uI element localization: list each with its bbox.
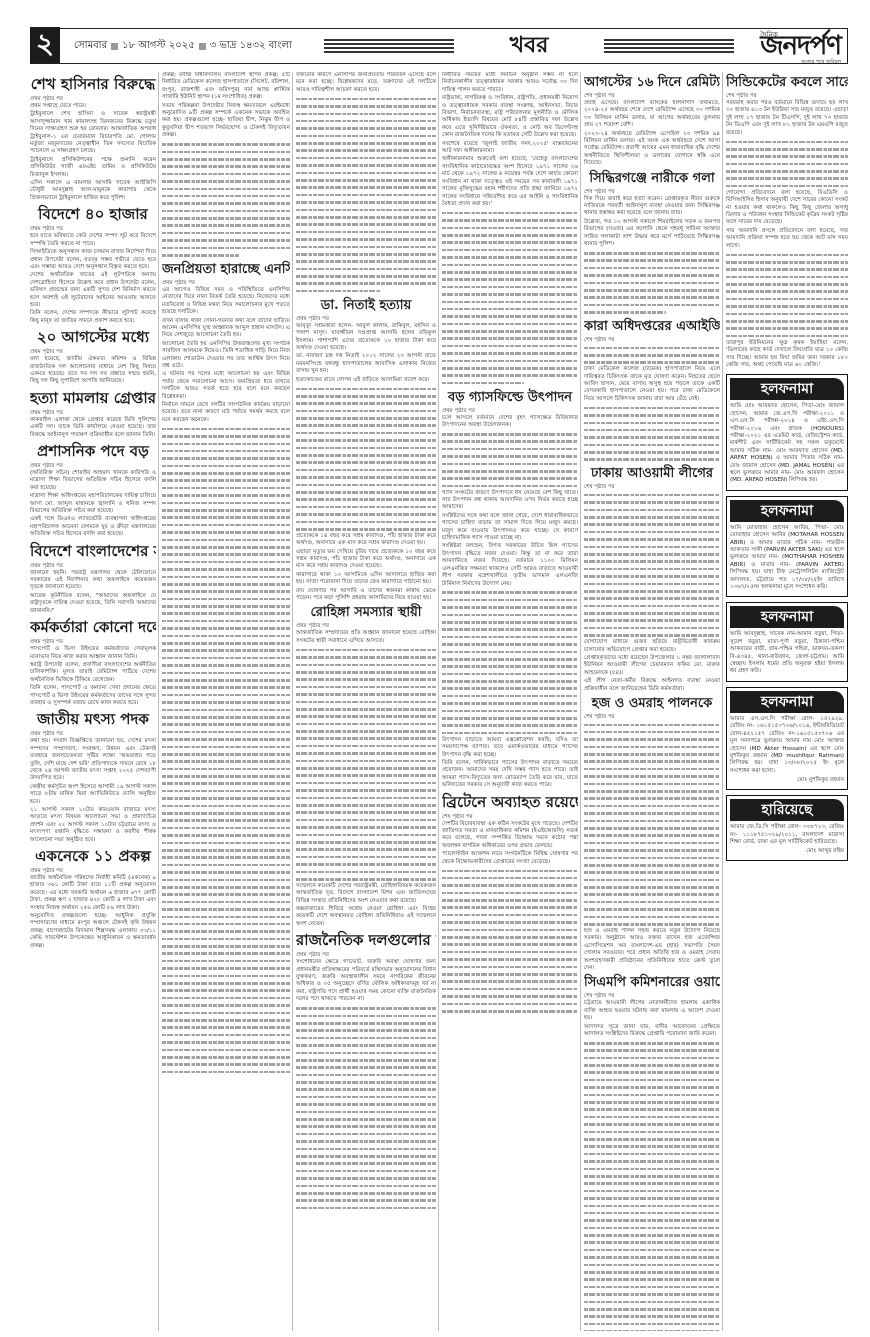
notice-affidavit-2: হলফনামা আমি মোতাহার হোসেন আবির, পিতা- মো… bbox=[726, 496, 848, 598]
paragraph: মাদ্রাসা শিক্ষা অধিদপ্তরের মহাপরিচালকের … bbox=[30, 493, 156, 515]
notice-signature: মোঃ মুশফিকুর রহমান bbox=[727, 776, 847, 785]
article-headline[interactable]: ঢাকায় আওয়ামী লীগের bbox=[584, 466, 720, 482]
paragraph: রায় ঘোষণার পর আসামি ও তাদের স্বজনরা কান… bbox=[296, 588, 436, 603]
article-gasfield: বড় গ্যাসফিল্ডে উৎপাদন প্রথম পৃষ্ঠার পর … bbox=[442, 390, 578, 790]
article-kicker: প্রথম পৃষ্ঠার পর bbox=[30, 96, 156, 103]
article-fertilizer-syndicate: সিন্ডিকেটের কবলে সারের শেষ পৃষ্ঠার পর সর… bbox=[726, 75, 848, 369]
paragraph: প্রথম সপ্তাহে যেতে পারে। bbox=[30, 103, 156, 110]
paragraph: আমার জে.ডি.সি পরীক্ষা রোল- ৩৩৮৭২৩, রেজিঃ… bbox=[730, 824, 844, 846]
article-headline[interactable]: বিদেশে ৪০ হাজার bbox=[30, 205, 156, 224]
article-kicker: প্রথম পৃষ্ঠার পর bbox=[162, 280, 290, 287]
article-body: কাকরাইল এলাকা থেকে গ্রেপ্তার করেছে ডিবি … bbox=[30, 417, 156, 439]
column-divider bbox=[580, 72, 581, 1331]
paragraph: হজ ও ওমরাহ পালন সহজ করতে নতুন উদ্যোগ নিয… bbox=[584, 928, 720, 972]
article-headline[interactable]: হত্যা মামলায় গ্রেপ্তার bbox=[30, 389, 156, 408]
notice-title: হলফনামা bbox=[730, 378, 844, 400]
article-headline[interactable]: হজ ও ওমরাহ পালনকে bbox=[584, 696, 720, 712]
article-headline[interactable]: আগস্টের ১৬ দিনে রেমিট্যান্স bbox=[584, 75, 720, 91]
article-body: চট্টগ্রামে আওয়ামী লীগের নেতাকর্মীদের হা… bbox=[584, 1000, 720, 1331]
notice-affidavit-1: হলফনামা আমি মোঃ আরফাত হোসেন, পিতা-মোঃ জা… bbox=[726, 374, 848, 490]
column-4: নির্ধারিত সময়ের মধ্যে নির্বাচন অনুষ্ঠান… bbox=[442, 72, 578, 1331]
article-jatiyo-motsho: জাতীয় মৎস্য পদক প্রথম পৃষ্ঠার পর কথা হয… bbox=[30, 710, 156, 844]
notice-title: হারিয়েছে bbox=[730, 799, 844, 821]
paragraph: এদিন সকালে এ মামলার আসামি সাবেক আইজিপি চ… bbox=[30, 180, 156, 202]
paragraph: কারাগারে থাকা ১০ আসামিকে এদিন আদালতে হাজ… bbox=[296, 572, 436, 587]
paragraph: সভায় পরিকল্পনা উপদেষ্টার নিজস্ব ক্ষমতাব… bbox=[162, 103, 290, 140]
paragraph: দেশটির বিচারব্যবস্থা এক কঠিন সংকটের মুখে… bbox=[442, 821, 578, 851]
paragraph: চলে আসলে বর্তমানে দেশের বৃহৎ গ্যাসক্ষেত্… bbox=[442, 415, 578, 430]
paragraph: অনুমোদিত প্রকল্পগুলো হচ্ছে- আধুনিক প্রযু… bbox=[30, 913, 156, 950]
article-headline[interactable]: জাতীয় মৎস্য পদক bbox=[30, 710, 156, 729]
article-remittance: আগস্টের ১৬ দিনে রেমিট্যান্স শেষ পৃষ্ঠার … bbox=[584, 75, 720, 168]
paragraph: দিক দিয়ে জবাই করে হত্যা করেন। গ্রেপ্তার… bbox=[584, 196, 720, 218]
paragraph: যোগাযোগ মাধ্যমে গুজব ছড়িয়ে রাষ্ট্রবিরো… bbox=[584, 639, 720, 654]
article-cmp-commissioner: সিএমপি কমিশনারের ওয়ারেন্ট শেষ পৃষ্ঠার প… bbox=[584, 975, 720, 1331]
article-body: সংশোধনের ক্ষেত্রে গণভোট, জরুরি অবস্থা ঘো… bbox=[296, 959, 436, 1211]
paragraph: আদালত সূত্রে জানা যায়, বাদীর আবেদনের প্… bbox=[584, 1024, 720, 1039]
article-body: ঢাকা মেডিকেল কলেজ (ঢামেক) হাসপাতালে নিয়… bbox=[584, 344, 720, 463]
article-ecnec-continued: প্রকল্প; রবীন্দ্র বিশ্ববিদ্যালয় বাংলাদে… bbox=[162, 72, 290, 259]
column-divider bbox=[722, 72, 723, 1331]
article-rohingya: রোহিঙ্গা সমস্যার স্থায়ী প্রথম পৃষ্ঠার প… bbox=[296, 605, 436, 928]
column-5: আগস্টের ১৬ দিনে রেমিট্যান্স শেষ পৃষ্ঠার … bbox=[584, 72, 720, 1331]
paragraph: এ ঘটনার পর দলের মধ্যে আলোচনা হয় এবং বিভ… bbox=[162, 371, 290, 401]
notice-lost: হারিয়েছে আমার জে.ডি.সি পরীক্ষা রোল- ৩৩৮… bbox=[726, 795, 848, 861]
article-body: পাসপোর্ট ও ভিসা উইংয়ের কর্মকর্তাদের সেব… bbox=[30, 646, 156, 707]
column-divider bbox=[158, 72, 159, 1331]
column-divider bbox=[292, 72, 293, 1331]
paragraph: উৎপাদন বাড়াতে আমরা এক্সপ্লোরেশন করছি, য… bbox=[442, 737, 578, 759]
article-kicker: প্রথম পৃষ্ঠার পর bbox=[30, 463, 156, 470]
paragraph: ঢাকা মেডিকেল কলেজ (ঢামেক) হাসপাতালে নিয়… bbox=[584, 366, 720, 403]
notice-body: আমার জে.ডি.সি পরীক্ষা রোল- ৩৩৮৭২৩, রেজিঃ… bbox=[727, 824, 847, 846]
article-20-august: ২০ আগস্টের মধ্যে প্রথম পৃষ্ঠার পর বলা হয… bbox=[30, 328, 156, 386]
notice-title: হলফনামা bbox=[730, 691, 844, 713]
column-1: শেখ হাসিনার বিরুদ্ধে প্রথম পৃষ্ঠার পর প্… bbox=[30, 72, 156, 1331]
column-2: প্রকল্প; রবীন্দ্র বিশ্ববিদ্যালয় বাংলাদে… bbox=[162, 72, 290, 1331]
article-body: আন্তর্জাতিক সম্প্রদায়ের প্রতি আহ্বান জা… bbox=[296, 630, 436, 928]
notice-title: হলফনামা bbox=[730, 500, 844, 522]
paragraph: স্বরাষ্ট্র উপদেষ্টা বলেন, প্রবাসীরা বাংল… bbox=[30, 662, 156, 684]
paragraph: নির্ধারিত সময়ের মধ্যে নির্বাচন অনুষ্ঠান… bbox=[442, 72, 578, 94]
article-kicker: শেষ পৃষ্ঠার পর bbox=[584, 337, 720, 344]
section-title: খবর bbox=[454, 28, 604, 65]
notice-affidavit-3: হলফনামা আমি আবদুল্লাহ, সাবেক নাম-আমান বড… bbox=[726, 602, 848, 681]
paragraph: আমি মোঃ আরফাত হোসেন, পিতা-মোঃ জামাল হোসে… bbox=[730, 403, 844, 484]
paragraph: সার আমদানি প্রসঙ্গে প্রতিবেদনে বলা হয়েছ… bbox=[726, 228, 848, 250]
paragraph: প্রকল্প; রবীন্দ্র বিশ্ববিদ্যালয় বাংলাদে… bbox=[162, 72, 290, 102]
article-headline[interactable]: কারা অধিদপ্তরের এআইজি bbox=[584, 319, 720, 335]
paragraph: আমার এস.এস.সি পরীক্ষা রোল- ১৫২৯২৯, রেজিঃ… bbox=[730, 716, 844, 775]
paragraph: গ্রেপ্তারকৃতদের মধ্যে রয়েছেন উপজেলার ১ … bbox=[584, 655, 720, 677]
article-body: প্রকল্প; রবীন্দ্র বিশ্ববিদ্যালয় বাংলাদে… bbox=[162, 72, 290, 259]
article-body: (অতিরিক্ত সচিব) শোয়াইব আহমাদ খানকে কারি… bbox=[30, 470, 156, 539]
article-body: যোগাযোগ মাধ্যমে গুজব ছড়িয়ে রাষ্ট্রবিরো… bbox=[584, 491, 720, 693]
article-kicker: প্রথম পৃষ্ঠার পর bbox=[30, 563, 156, 570]
article-kicker: প্রথম পৃষ্ঠার পর bbox=[30, 410, 156, 417]
paragraph: সংশ্লিষ্টরা বলছেন, বিগত সরকারের উচিত ছিল… bbox=[442, 543, 578, 587]
paragraph: ২১ আগস্ট সকাল ১০টায় কারওয়ান বাজারে মৎস… bbox=[30, 807, 156, 844]
paragraph: তিনি বলেন, সার্বিকভাবে গ্যাসের উৎপাদন বা… bbox=[442, 760, 578, 790]
paragraph: ডা. নারায়ণ চন্দ্র দত্ত নিতাই ২০১২ সালের… bbox=[296, 353, 436, 375]
article-kicker: শেষ পৃষ্ঠার পর bbox=[584, 484, 720, 491]
article-proshasonik-pode: প্রশাসনিক পদে বড় প্রথম পৃষ্ঠার পর (অতির… bbox=[30, 442, 156, 539]
article-body: দিক দিয়ে জবাই করে হত্যা করেন। গ্রেপ্তার… bbox=[584, 196, 720, 316]
paragraph: অঙ্গীকারনামার শুরুতেই বলা হয়েছে, 'যেহেত… bbox=[442, 156, 578, 208]
paragraph: জানানো হয়নি। পররাষ্ট্র মন্ত্রণালয় থেকে… bbox=[30, 570, 156, 592]
paragraph: দেশের অর্থনৈতিক খাতের এই লুটপাটকে অন্যায… bbox=[30, 272, 156, 309]
logo-tagline: সত্যের পথে অবিচল bbox=[801, 59, 841, 67]
article-body: কথা হয়। সংবাদ বিজ্ঞপ্তিতে জানানো হয়, দ… bbox=[30, 738, 156, 844]
paragraph: গ্যাস সংকটের কারণে উৎপাদনে ধস নেমেছে বেশ… bbox=[442, 490, 578, 512]
article-headline[interactable]: ব্রিটেনে অব্যাহত রয়েছে bbox=[442, 793, 578, 812]
paragraph: বক্তব্যের কারণে এনসিপির জনপ্রিয়তায় পরি… bbox=[296, 72, 436, 94]
paragraph: এই লীগ নেতা-কর্মীর বিরুদ্ধে আইনগত ব্যবস্… bbox=[584, 678, 720, 693]
paragraph: উল্লেখ্য, গত ১৩ আগস্ট সকালে শিমরাইলের সড… bbox=[584, 219, 720, 249]
article-britain: ব্রিটেনে অব্যাহত রয়েছে শেষ পৃষ্ঠার পর দ… bbox=[442, 793, 578, 1015]
paragraph: তারাপুর ইউনিয়নের ক্ষুদ্র কৃষক ইয়াহিয়া… bbox=[726, 340, 848, 370]
paragraph: আমি আবদুল্লাহ, সাবেক নাম-আমান বড়ুয়া, প… bbox=[730, 631, 844, 675]
notice-signature: মোঃ আব্দুর রহিম bbox=[727, 847, 847, 856]
notice-body: আমি মোতাহার হোসেন আবির, পিতা- মোঃ মোতাহা… bbox=[727, 525, 847, 592]
article-headline[interactable]: সিন্ডিকেটের কবলে সারের bbox=[726, 75, 848, 91]
paragraph: নির্বাচন সামনে রেখে দলটির সাংগঠনিক কার্য… bbox=[162, 402, 290, 424]
article-headline[interactable]: কর্মকর্তারা কোনো দলের bbox=[30, 618, 156, 637]
article-hotta-mamlay: হত্যা মামলায় গ্রেপ্তার প্রথম পৃষ্ঠার পর… bbox=[30, 389, 156, 439]
date-english: ১৮ আগস্ট ২০২৫ bbox=[122, 38, 195, 55]
column-6: সিন্ডিকেটের কবলে সারের শেষ পৃষ্ঠার পর সর… bbox=[726, 72, 848, 1331]
paragraph: তিনি বলেন, পাসপোর্ট ও অন্যান্য সেবা প্রদ… bbox=[30, 685, 156, 707]
article-body: বলা হয়েছে, জাতীয় ঐকমত্য কমিশন ও বিভিন্… bbox=[30, 356, 156, 386]
logo-prefix: দৈনিক bbox=[760, 29, 778, 41]
page-number: ২ bbox=[30, 27, 60, 63]
article-headline[interactable]: বিদেশে বাংলাদেশের সব bbox=[30, 542, 156, 561]
paragraph: সংশ্লিষ্টদের সঙ্গে কথা বলে জানা গেছে, দে… bbox=[442, 513, 578, 543]
paragraph: হত্যাকাণ্ডের রাতে গোপন এই বাড়িতে আসামির… bbox=[296, 377, 436, 384]
article-headline[interactable]: ডা. নিতাই হত্যায় bbox=[296, 298, 436, 314]
article-body: চলে আসলে বর্তমানে দেশের বৃহৎ গ্যাসক্ষেত্… bbox=[442, 415, 578, 790]
article-kicker: প্রথম পৃষ্ঠার পর bbox=[30, 868, 156, 875]
article-body: প্রথম সপ্তাহে যেতে পারে। ট্রাইবুনালে শেখ… bbox=[30, 103, 156, 202]
paragraph: প্রত্যেককে ১৪ বছর করে সশ্রম কারাদণ্ড, পা… bbox=[296, 533, 436, 548]
article-ncp-continued: বক্তব্যের কারণে এনসিপির জনপ্রিয়তায় পরি… bbox=[296, 72, 436, 295]
article-kicker: শেষ পৃষ্ঠার পর bbox=[442, 814, 578, 821]
date-bangla: ৩ ভাদ্র ১৪৩২ বাংলা bbox=[210, 38, 292, 55]
paragraph: আরেক কূটনীতিক বলেন, "আমাদের অফলাইনে যে র… bbox=[30, 593, 156, 615]
paragraph: আমৃত্যু সশ্রমকারা হলেন- আবুল কালাম, রাকি… bbox=[296, 323, 436, 353]
paragraph: তিনি বলেন, দেশের সম্পদকে কীভাবে লুটপাট ক… bbox=[30, 310, 156, 325]
article-headline[interactable]: রাজনৈতিক দলগুলোর কাছে bbox=[296, 931, 436, 950]
paragraph: প্যালেস্টাইন অ্যাকশন নামে সংগঠনটিকে নিষি… bbox=[442, 851, 578, 866]
article-kicker: প্রথম পৃষ্ঠার পর bbox=[296, 316, 436, 323]
article-kicker: প্রথম পৃষ্ঠার পর bbox=[442, 408, 578, 415]
column-divider bbox=[438, 72, 439, 1331]
paragraph: ২০২৩-২৪ অর্থবছরে রেমিট্যান্স এসেছিল ২৩ দ… bbox=[584, 131, 720, 168]
paragraph: আলোচনা তৈরি হয় এনসিপির উত্তরাঞ্চলের মুখ… bbox=[162, 341, 290, 371]
article-headline[interactable]: শেখ হাসিনার বিরুদ্ধে bbox=[30, 75, 156, 94]
article-headline[interactable]: সিদ্ধিরগঞ্জে নারীকে গলা bbox=[584, 171, 720, 187]
article-headline[interactable]: প্রশাসনিক পদে বড় bbox=[30, 442, 156, 461]
article-kicker: শেষ পৃষ্ঠার পর bbox=[584, 714, 720, 721]
article-bideshe-bangladesher: বিদেশে বাংলাদেশের সব প্রথম পৃষ্ঠার পর জা… bbox=[30, 542, 156, 615]
article-ecnec: একনেকে ১১ প্রকল্প প্রথম পৃষ্ঠার পর জাতীয… bbox=[30, 847, 156, 950]
article-body: প্রবাহ এসেছে। বাংলাদেশ ব্যাংকের হালনাগাদ… bbox=[584, 100, 720, 168]
notice-affidavit-4: হলফনামা আমার এস.এস.সি পরীক্ষা রোল- ১৫২৯২… bbox=[726, 687, 848, 790]
article-body: নির্ধারিত সময়ের মধ্যে নির্বাচন অনুষ্ঠান… bbox=[442, 72, 578, 387]
article-rajnoitik-dol: রাজনৈতিক দলগুলোর কাছে প্রথম পৃষ্ঠার পর স… bbox=[296, 931, 436, 1211]
article-body: হজ ও ওমরাহ পালন সহজ করতে নতুন উদ্যোগ নিয… bbox=[584, 721, 720, 972]
paragraph: প্রবাহ এসেছে। বাংলাদেশ ব্যাংকের হালনাগাদ… bbox=[584, 100, 720, 130]
square-bullet-icon bbox=[111, 43, 118, 50]
article-july-charter-continued: নির্ধারিত সময়ের মধ্যে নির্বাচন অনুষ্ঠান… bbox=[442, 72, 578, 387]
paragraph: পাসপোর্ট ও ভিসা উইংয়ের কর্মকর্তাদের সেব… bbox=[30, 646, 156, 661]
article-body: জানানো হয়নি। পররাষ্ট্র মন্ত্রণালয় থেকে… bbox=[30, 570, 156, 615]
paragraph: সিআইডিকে অনুসন্ধান কাজ চলমান রাখার নির্দ… bbox=[30, 249, 156, 271]
paragraph: কথা হয়। সংবাদ বিজ্ঞপ্তিতে জানানো হয়, দ… bbox=[30, 738, 156, 782]
newspaper-logo: দৈনিক জনদর্পণ সত্যের পথে অবিচল bbox=[760, 33, 847, 59]
square-bullet-icon bbox=[199, 43, 206, 50]
article-kormokortara: কর্মকর্তারা কোনো দলের প্রথম পৃষ্ঠার পর প… bbox=[30, 618, 156, 707]
article-headline[interactable]: জনপ্রিয়তা হারাচ্ছে এনসিপি bbox=[162, 262, 290, 278]
article-dhaka-awami-league: ঢাকায় আওয়ামী লীগের শেষ পৃষ্ঠার পর যোগা… bbox=[584, 466, 720, 693]
article-kicker: শেষ পৃষ্ঠার পর bbox=[584, 189, 720, 196]
paragraph: তখন বাসায় থাকা সোনা-গয়নার কথা বলে তাদে… bbox=[162, 318, 290, 340]
paragraph: জাতীয় অর্থনৈতিক পরিষদের নির্বাহী কমিটি … bbox=[30, 875, 156, 912]
paragraph: কাকরাইল এলাকা থেকে গ্রেপ্তার করেছে ডিবি … bbox=[30, 417, 156, 439]
article-bideshe-40-hajar: বিদেশে ৪০ হাজার প্রথম পৃষ্ঠার পর হবে যাত… bbox=[30, 205, 156, 325]
paragraph: একই সঙ্গে ডিএনএ ল্যাবরেটরি ব্যবস্থাপনা অ… bbox=[30, 516, 156, 538]
paragraph: আন্তর্জাতিক সম্প্রদায়ের প্রতি আহ্বান জা… bbox=[296, 630, 436, 645]
article-headline[interactable]: রোহিঙ্গা সমস্যার স্থায়ী bbox=[296, 605, 436, 621]
paragraph: সরবরাহ করার পরও বর্তমানে বিভিন্ন গুদামে … bbox=[726, 100, 848, 137]
notice-title: হলফনামা bbox=[730, 606, 844, 628]
article-sheikh-hasina: শেখ হাসিনার বিরুদ্ধে প্রথম পৃষ্ঠার পর প্… bbox=[30, 75, 156, 202]
decorative-rules-left bbox=[324, 39, 454, 53]
notice-body: আমার এস.এস.সি পরীক্ষা রোল- ১৫২৯২৯, রেজিঃ… bbox=[727, 716, 847, 775]
day: সোমবার bbox=[74, 38, 107, 55]
decorative-rules-right bbox=[604, 39, 734, 53]
article-body: জাতীয় অর্থনৈতিক পরিষদের নির্বাহী কমিটি … bbox=[30, 875, 156, 950]
article-body: হবে যাতে ভবিষ্যতে কেউ দেশের সম্পদ লুট কর… bbox=[30, 233, 156, 325]
article-headline[interactable]: বড় গ্যাসফিল্ডে উৎপাদন bbox=[442, 390, 578, 406]
article-body: এর আগেও বিভিন্ন সময় ও পরিস্থিতিতে এনসিপ… bbox=[162, 287, 290, 1076]
notice-body: আমি মোঃ আরফাত হোসেন, পিতা-মোঃ জামাল হোসে… bbox=[727, 403, 847, 484]
paragraph: এর আগেও বিভিন্ন সময় ও পরিস্থিতিতে এনসিপ… bbox=[162, 287, 290, 317]
column-3: বক্তব্যের কারণে এনসিপির জনপ্রিয়তায় পরি… bbox=[296, 72, 436, 1331]
paragraph: কেন্দ্রীয় কর্মসূচির অংশ হিসেবে আগামী ১৯… bbox=[30, 784, 156, 806]
paragraph: সংশোধনের ক্ষেত্রে গণভোট, জরুরি অবস্থা ঘো… bbox=[296, 959, 436, 1003]
paragraph: হবে যাতে ভবিষ্যতে কেউ দেশের সম্পদ লুট কর… bbox=[30, 233, 156, 248]
dateline: সোমবার ১৮ আগস্ট ২০২৫ ৩ ভাদ্র ১৪৩২ বাংলা bbox=[74, 38, 324, 55]
article-kicker: শেষ পৃষ্ঠার পর bbox=[726, 93, 848, 100]
article-body: বক্তব্যের কারণে এনসিপির জনপ্রিয়তায় পরি… bbox=[296, 72, 436, 295]
paragraph: ট্রাইবুনালে প্রসিকিউশনের পক্ষে শুনানি কর… bbox=[30, 157, 156, 179]
paragraph: সবশেষে রয়েছে 'জুলাই জাতীয় সনদ,২০২৫' বা… bbox=[442, 141, 578, 156]
paragraph: চট্টগ্রামে আওয়ামী লীগের নেতাকর্মীদের হা… bbox=[584, 1000, 720, 1022]
paragraph: বলা হয়েছে, জাতীয় ঐকমত্য কমিশন ও বিভিন্… bbox=[30, 356, 156, 386]
article-hajj-omrah: হজ ও ওমরাহ পালনকে শেষ পৃষ্ঠার পর হজ ও ওম… bbox=[584, 696, 720, 972]
article-headline[interactable]: একনেকে ১১ প্রকল্প bbox=[30, 847, 156, 866]
article-body: সরবরাহ করার পরও বর্তমানে বিভিন্ন গুদামে … bbox=[726, 100, 848, 369]
paragraph: রাষ্ট্রভাষা, নাগরিকত্ব ও সংবিধান, রাষ্ট্… bbox=[442, 95, 578, 139]
paragraph: এছাড়া মৃত্যুর ভয় দেখিয়ে চুরির দায়ে প… bbox=[296, 549, 436, 571]
article-headline[interactable]: ২০ আগস্টের মধ্যে bbox=[30, 328, 156, 347]
article-body: আমৃত্যু সশ্রমকারা হলেন- আবুল কালাম, রাকি… bbox=[296, 323, 436, 603]
article-dr-nitai: ডা. নিতাই হত্যায় প্রথম পৃষ্ঠার পর আমৃত্… bbox=[296, 298, 436, 603]
paragraph: আমি মোতাহার হোসেন আবির, পিতা- মোঃ মোতাহা… bbox=[730, 525, 844, 592]
paragraph: গোয়েন্দা প্রতিবেদনে বলা হয়েছে, বিএডিসি… bbox=[726, 190, 848, 227]
article-headline[interactable]: সিএমপি কমিশনারের ওয়ারেন্ট bbox=[584, 975, 720, 991]
article-ncp-popularity: জনপ্রিয়তা হারাচ্ছে এনসিপি প্রথম পৃষ্ঠার… bbox=[162, 262, 290, 1076]
masthead: ২ সোমবার ১৮ আগস্ট ২০২৫ ৩ ভাদ্র ১৪৩২ বাংল… bbox=[30, 28, 848, 64]
article-kara-odhidoptor: কারা অধিদপ্তরের এআইজি শেষ পৃষ্ঠার পর ঢাক… bbox=[584, 319, 720, 463]
paragraph: কক্সবাজারের শিবিরে আশ্রয় নেওয়া রোহিঙ্গ… bbox=[296, 906, 436, 928]
paragraph: সম্মেলনে কয়েকটি দেশের পররাষ্ট্রমন্ত্রী,… bbox=[296, 883, 436, 905]
notice-body: আমি আবদুল্লাহ, সাবেক নাম-আমান বড়ুয়া, প… bbox=[727, 631, 847, 675]
article-siddhirganj: সিদ্ধিরগঞ্জে নারীকে গলা শেষ পৃষ্ঠার পর দ… bbox=[584, 171, 720, 316]
article-body: দেশটির বিচারব্যবস্থা এক কঠিন সংকটের মুখে… bbox=[442, 821, 578, 1015]
article-kicker: শেষ পৃষ্ঠার পর bbox=[584, 93, 720, 100]
paragraph: (অতিরিক্ত সচিব) শোয়াইব আহমাদ খানকে কারি… bbox=[30, 470, 156, 492]
paragraph: ট্রাইবুনালে শেখ হাসিনা ও সাবেক স্বরাষ্ট্… bbox=[30, 111, 156, 155]
